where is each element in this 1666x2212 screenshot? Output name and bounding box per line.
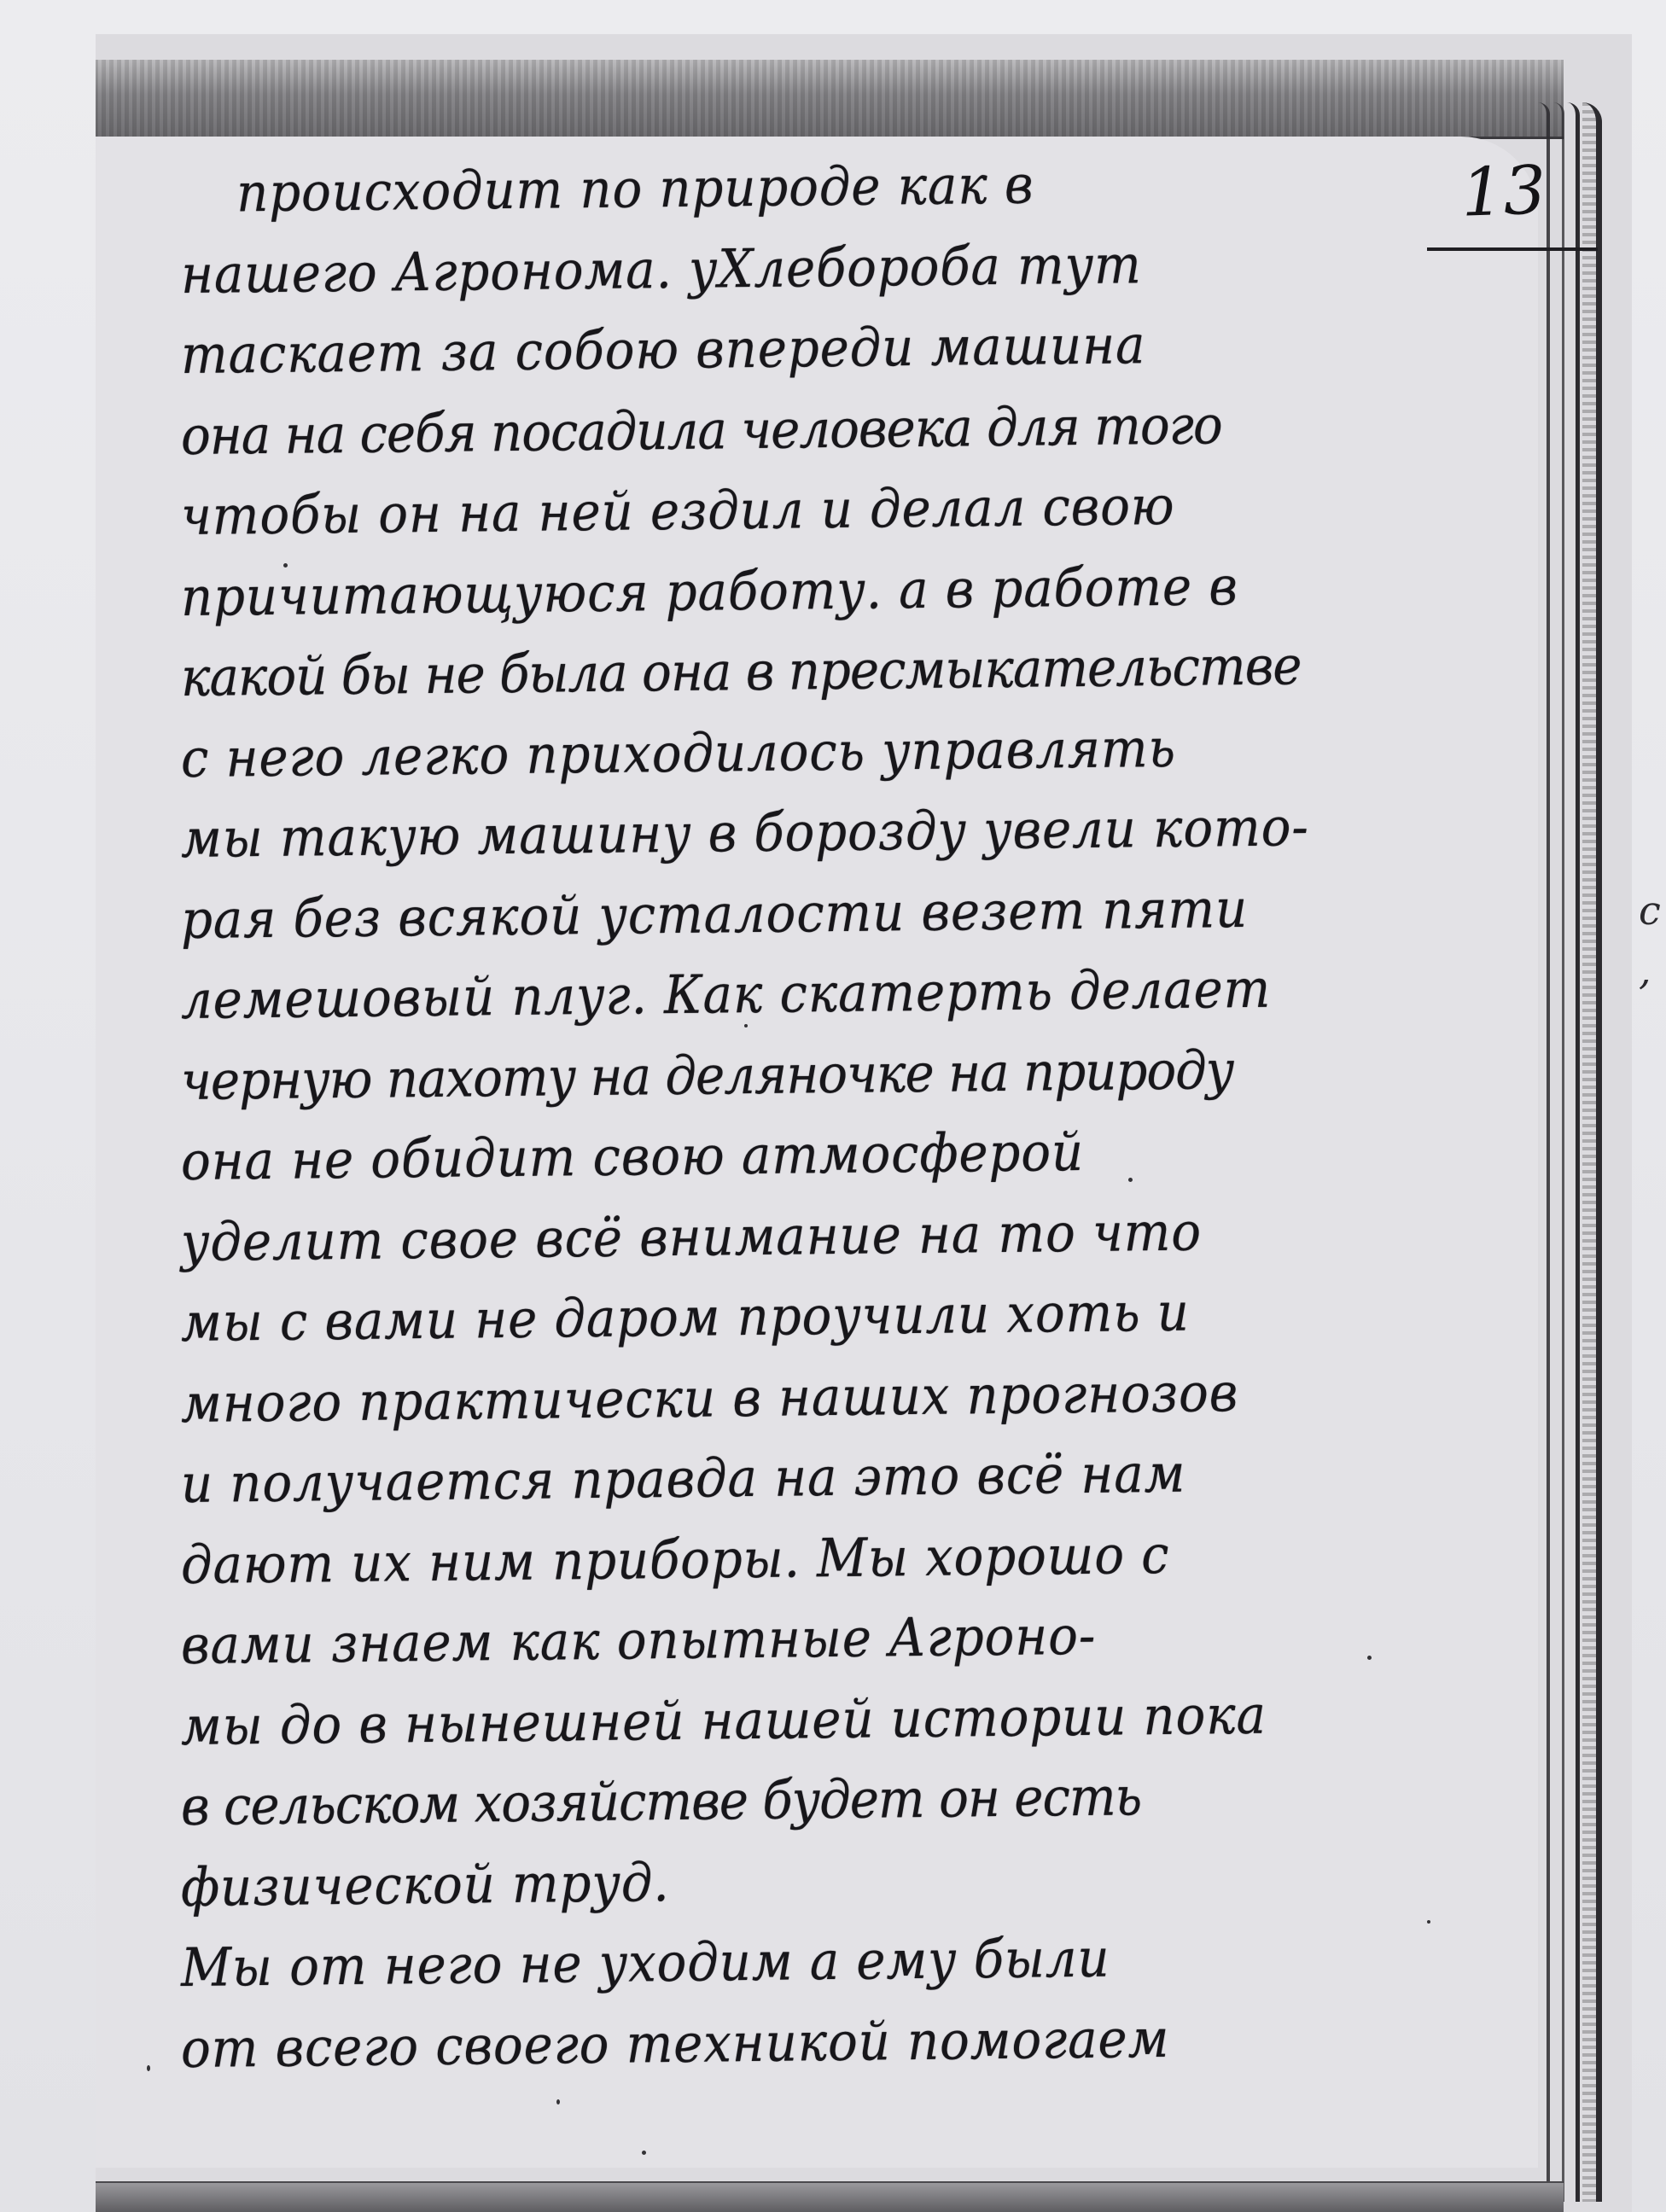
text-line: мы такую машину в борозду увели кото- (181, 785, 1468, 879)
photocopy-speck (556, 2099, 560, 2104)
photocopy-speck (1128, 1178, 1133, 1182)
photocopy-speck (744, 1024, 748, 1027)
text-line: причитающуюся работу. а в работе в (181, 544, 1468, 637)
top-gray-band (96, 60, 1564, 139)
margin-mark: , (1639, 947, 1651, 993)
text-line: мы с вами не даром проучили хоть и (181, 1269, 1468, 1363)
text-line: с него легко приходилось управлять (181, 705, 1468, 799)
text-line: рая без всякой усталости везет пяти (181, 866, 1468, 960)
text-line: вами знаем как опытные Агроно- (181, 1592, 1468, 1685)
photocopy-speck (283, 563, 288, 568)
photocopy-speck (1367, 1656, 1372, 1660)
text-line: черную пахоту на деляночке на природу (181, 1027, 1468, 1121)
margin-mark: с (1639, 888, 1661, 934)
text-line: Мы от него не уходим а ему были (181, 1914, 1468, 2008)
text-line: мы до в нынешней нашей истории пока (181, 1673, 1468, 1767)
text-line: происходит по природе как в (181, 140, 1468, 234)
photocopy-sheet: 13 происходит по природе как в нашего Аг… (96, 34, 1632, 2212)
text-line: физической труд. (181, 1834, 1468, 1928)
text-line: дают их ним приборы. Мы хорошо с (181, 1511, 1468, 1605)
text-line: и получается правда на это всё нам (181, 1430, 1468, 1524)
text-line: лемешовый плуг. Как скатерть делает (181, 946, 1468, 1040)
bottom-edge-band (96, 2181, 1564, 2212)
photocopy-speck (1427, 1920, 1430, 1924)
text-line: она не обидит свою атмосферой (181, 1108, 1468, 1202)
handwritten-text: происходит по природе как в нашего Агрон… (181, 154, 1564, 2089)
photocopy-speck (147, 2065, 150, 2071)
text-line: таскает за собою впереди машина (181, 301, 1468, 395)
binding-line (1567, 102, 1580, 2202)
text-line: какой бы не была она в пресмыкательстве (181, 624, 1468, 718)
text-line: она на себя посадила человека для того (181, 382, 1468, 476)
text-line: чтобы он на ней ездил и делал свою (181, 463, 1468, 556)
text-line: много практически в наших прогнозов (181, 1350, 1468, 1444)
text-line: уделит свое всё внимание на то что (181, 1189, 1468, 1283)
text-line: от всего своего техникой помогаем (181, 1995, 1468, 2089)
photocopy-speck (642, 2151, 646, 2155)
binding-line (1582, 102, 1602, 2202)
text-line: нашего Агронома. уХлебороба тут (181, 221, 1468, 315)
text-line: в сельском хозяйстве будет он есть (181, 1753, 1468, 1847)
